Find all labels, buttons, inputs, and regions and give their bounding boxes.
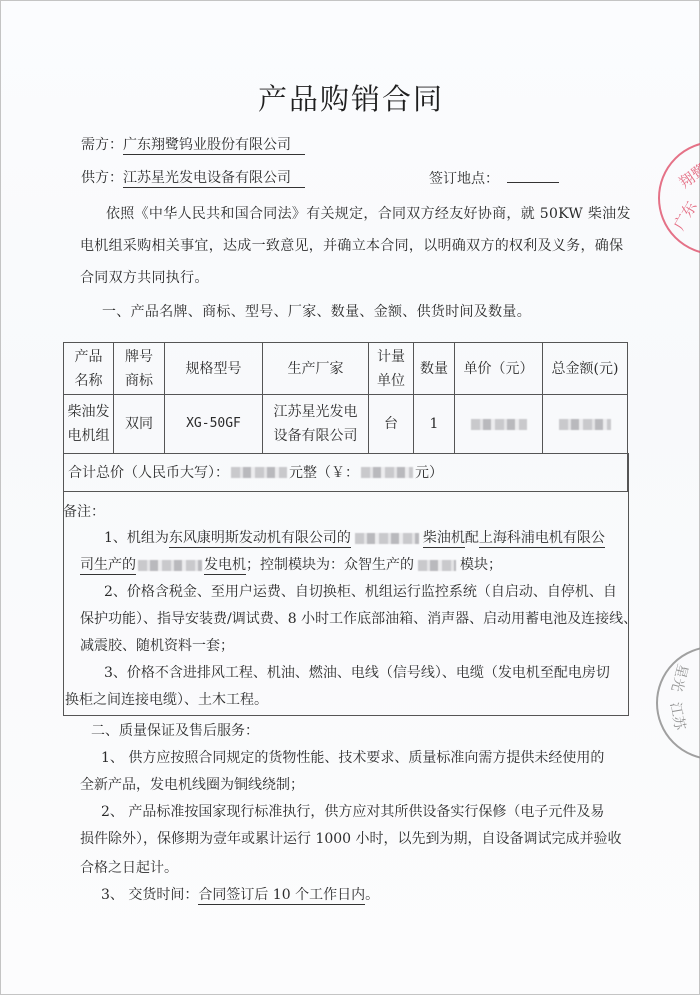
redacted-alternator-model — [138, 560, 202, 571]
redacted-engine-model — [355, 533, 419, 544]
header-unit: 计量单位 — [369, 343, 414, 395]
remarks-item-3-line-1: 3、价格不含进排风工程、机油、燃油、电线（信号线）、电缆（发电机至配电房切 — [104, 662, 610, 682]
engine-suffix: 柴油机 — [423, 530, 465, 548]
remarks-item-2-line-2: 保护功能）、指导安装费/调试费、8 小时工作底部油箱、消声器、启动用蓄电池及连接… — [80, 608, 637, 628]
remarks-item-1-line-2: 司生产的发电机；控制模块为：众智生产的模块； — [80, 554, 502, 574]
buyer-name: 广东翔鹭钨业股份有限公司 — [123, 137, 305, 155]
remarks-item-3-line-2: 换柜之间连接电缆）、土木工程。 — [65, 689, 268, 709]
delivery-label: 3、 交货时间： — [101, 887, 198, 903]
redacted-total — [559, 419, 611, 430]
cell-unit-price — [455, 395, 543, 454]
header-product-name: 产品名称 — [64, 343, 114, 395]
seal-text-red: 广东 — [668, 197, 700, 233]
sign-place-label: 签订地点： — [429, 171, 499, 187]
delivery-value: 合同签订后 10 个工作日内 — [198, 887, 365, 905]
seal-text-gray: 星光 — [667, 662, 694, 694]
section1-heading: 一、产品名牌、商标、型号、厂家、数量、金额、供货时间及数量。 — [102, 297, 531, 327]
document-title: 产品购销合同 — [1, 77, 700, 118]
sign-place-line: 签订地点： — [429, 167, 559, 188]
cell-brand: 双同 — [114, 395, 165, 454]
cell-quantity: 1 — [414, 395, 455, 454]
section2-item-3: 3、 交货时间：合同签订后 10 个工作日内。 — [101, 884, 379, 904]
header-total: 总金额(元) — [543, 343, 628, 395]
cell-manufacturer: 江苏星光发电设备有限公司 — [263, 395, 369, 454]
sign-place-blank — [507, 167, 559, 183]
header-quantity: 数量 — [414, 343, 455, 395]
seller-label: 供方： — [81, 170, 123, 186]
section2-item-1-line-2: 全新产品，发电机线圈为铜线绕制； — [80, 774, 304, 794]
intro-line-1: 依照《中华人民共和国合同法》有关规定，合同双方经友好协商，就 50KW 柴油发 — [106, 199, 631, 229]
contract-page: 产品购销合同 需方：广东翔鹭钨业股份有限公司 供方：江苏星光发电设备有限公司 签… — [0, 0, 700, 995]
header-manufacturer: 生产厂家 — [263, 343, 369, 395]
remarks-item-2-line-3: 减震胶、随机资料一套； — [80, 635, 234, 655]
redacted-unit-price — [471, 419, 527, 430]
seller-name: 江苏星光发电设备有限公司 — [123, 170, 305, 188]
seller-company-seal: 星光 江苏 — [656, 646, 700, 760]
intro-line-3: 合同双方共同执行。 — [80, 263, 209, 293]
table-row: 柴油发电机组 双同 XG-50GF 江苏星光发电设备有限公司 台 1 — [64, 395, 628, 454]
header-unit-price: 单价（元） — [455, 343, 543, 395]
section2-item-1-line-1: 1、 供方应按照合同规定的货物性能、技术要求、质量标准向需方提供未经使用的 — [101, 747, 604, 767]
cell-model: XG-50GF — [165, 395, 263, 454]
redacted-control-model — [418, 560, 456, 571]
buyer-line: 需方：广东翔鹭钨业股份有限公司 — [81, 134, 305, 154]
table-header-row: 产品名称 牌号商标 规格型号 生产厂家 计量单位 数量 单价（元） 总金额(元) — [64, 343, 628, 395]
engine-maker: 东风康明斯发动机有限公司的 — [169, 530, 351, 548]
cell-unit: 台 — [369, 395, 414, 454]
header-brand: 牌号商标 — [114, 343, 165, 395]
alternator-maker: 上海科浦电机有限公 — [479, 530, 605, 548]
remarks-item-1-line-1: 1、机组为东风康明斯发动机有限公司的柴油机配上海科浦电机有限公 — [104, 527, 605, 547]
header-model: 规格型号 — [165, 343, 263, 395]
buyer-label: 需方： — [81, 137, 123, 153]
remarks-label-text: 备注： — [63, 501, 105, 521]
section2-item-2-line-2: 损件除外），保修期为壹年或累计运行 1000 小时，以先到为期，自设备调试完成并… — [80, 828, 622, 848]
cell-product-name: 柴油发电机组 — [64, 395, 114, 454]
alternator-suffix: 发电机 — [204, 557, 246, 575]
seller-line: 供方：江苏星光发电设备有限公司 — [81, 167, 305, 187]
section2-heading: 二、质量保证及售后服务： — [91, 720, 259, 740]
remarks-item-2-line-1: 2、价格含税金、至用户运费、自切换柜、机组运行监控系统（自启动、自停机、自 — [104, 581, 617, 601]
section2-item-2-line-1: 2、 产品标准按国家现行标准执行，供方应对其所供设备实行保修（电子元件及易 — [101, 801, 604, 821]
section2-item-2-line-3: 合格之日起计。 — [80, 857, 178, 877]
buyer-company-seal: 广东 翔鹭 — [658, 141, 700, 255]
intro-line-2: 电机组采购相关事宜，达成一致意见，并确立本合同，以明确双方的权利及义务，确保 — [80, 231, 623, 261]
cell-total — [543, 395, 628, 454]
